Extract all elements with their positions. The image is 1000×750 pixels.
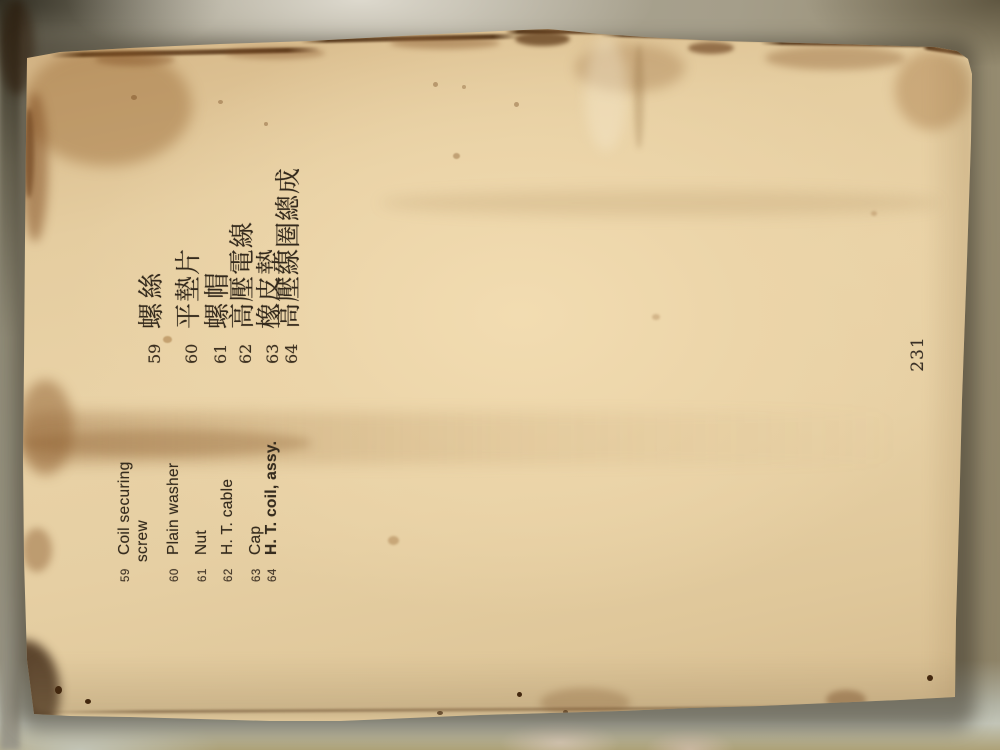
item-label-zh: 螺 絲	[137, 272, 167, 329]
item-number: 60	[169, 562, 181, 582]
item-number: 63	[251, 562, 263, 582]
item-number: 59	[120, 562, 132, 582]
item-label-en: Cap	[247, 526, 264, 555]
item-label-en: H. T. cable	[219, 479, 236, 555]
table-left-shadow	[0, 0, 20, 750]
item-label-line1: Nut	[193, 530, 210, 555]
parts-list-row-zh: 59螺 絲	[131, 272, 168, 364]
item-label-line1: Coil securing	[116, 462, 133, 556]
page-content: 59Coil securingscrew 60Plain washer 61Nu…	[22, 50, 972, 720]
parts-list-row-en: 61Nut	[193, 530, 211, 582]
item-number: 59	[145, 337, 164, 364]
item-label-en: Nut	[193, 530, 210, 555]
item-number: 61	[197, 562, 209, 582]
stain-mark	[515, 32, 570, 46]
parts-list-row-en: 59Coil securingscrew	[116, 462, 152, 583]
item-label-line1: Cap	[247, 526, 264, 555]
item-number: 62	[223, 562, 235, 582]
parts-list-row-en: 60Plain washer	[165, 463, 183, 582]
item-number: 64	[282, 337, 301, 364]
page-number: 231	[908, 319, 928, 389]
stain-mark	[600, 31, 780, 41]
stain-mark	[760, 40, 940, 48]
parts-list-row-en: 62H. T. cable	[219, 479, 237, 582]
item-number: 64	[267, 562, 279, 582]
parts-list-row-zh: 64高壓線圈總成	[268, 167, 305, 364]
item-label-line1: H. T. cable	[219, 479, 236, 555]
stain-mark	[390, 37, 500, 49]
photo-of-book-page: 59Coil securingscrew 60Plain washer 61Nu…	[0, 0, 1000, 750]
item-label-zh: 高壓線圈總成	[274, 167, 304, 329]
item-label-line2: screw	[134, 462, 152, 563]
item-label-line1: H. T. coil, assy.	[263, 441, 280, 555]
stain-mark	[505, 29, 615, 34]
item-label-en: H. T. coil, assy.	[263, 441, 280, 555]
item-label-en: Plain washer	[165, 463, 182, 555]
item-label-line1: Plain washer	[165, 463, 182, 555]
stain-mark	[300, 34, 520, 44]
book-page: 59Coil securingscrew 60Plain washer 61Nu…	[0, 0, 1000, 750]
parts-list-row-en: 64H. T. coil, assy.	[263, 441, 281, 582]
